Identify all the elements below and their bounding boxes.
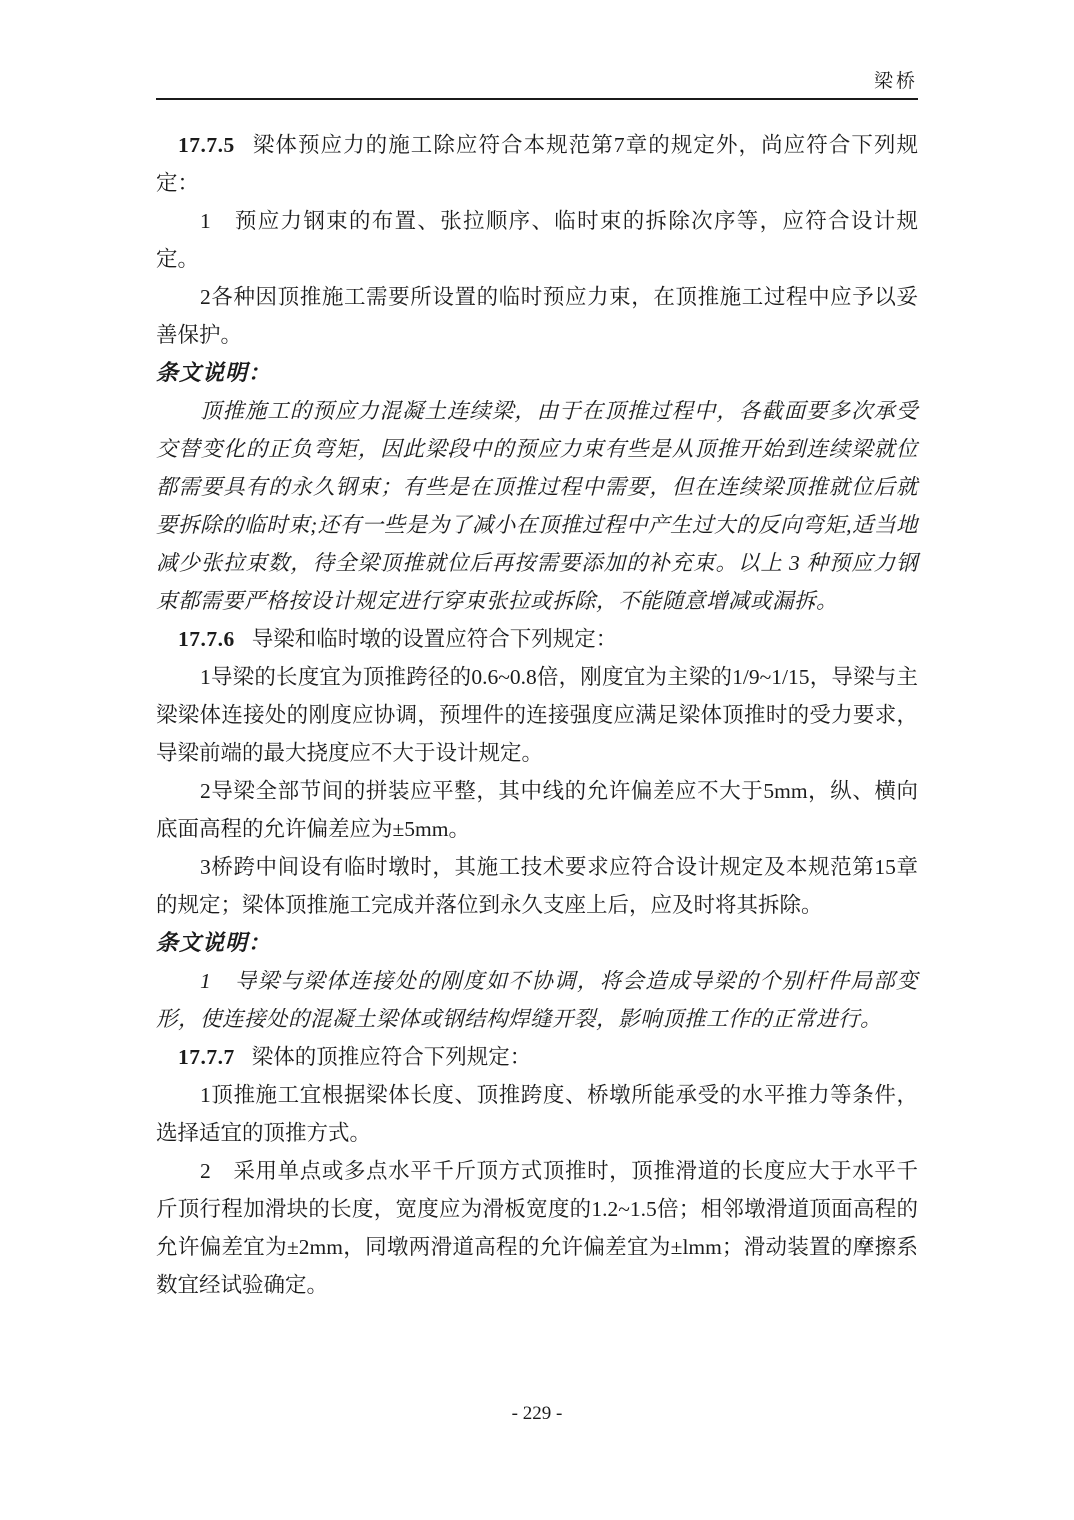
clause-17-7-7: 17.7.7梁体的顶推应符合下列规定：: [156, 1038, 918, 1076]
clause-number: 17.7.5: [178, 133, 235, 157]
note-heading-2: 条文说明：: [156, 924, 918, 962]
clause-17-7-5-item-1: 1 预应力钢束的布置、张拉顺序、临时束的拆除次序等，应符合设计规定。: [156, 202, 918, 278]
running-header: 梁桥: [156, 0, 918, 100]
document-page: 梁桥 17.7.5梁体预应力的施工除应符合本规范第7章的规定外，尚应符合下列规定…: [0, 0, 1074, 1520]
note-text-2: 1 导梁与梁体连接处的刚度如不协调，将会造成导梁的个别杆件局部变形，使连接处的混…: [156, 962, 918, 1038]
clause-17-7-6-item-3: 3桥跨中间设有临时墩时，其施工技术要求应符合设计规定及本规范第15章的规定；梁体…: [156, 848, 918, 924]
clause-number: 17.7.6: [178, 627, 235, 651]
running-header-title: 梁桥: [874, 71, 918, 92]
page-content: 梁桥 17.7.5梁体预应力的施工除应符合本规范第7章的规定外，尚应符合下列规定…: [156, 0, 918, 1304]
clause-17-7-5-item-2: 2各种因顶推施工需要所设置的临时预应力束，在顶推施工过程中应予以妥善保护。: [156, 278, 918, 354]
page-number: - 229 -: [512, 1403, 563, 1424]
clause-title: 导梁和临时墩的设置应符合下列规定：: [252, 627, 618, 651]
note-heading-1: 条文说明：: [156, 354, 918, 392]
clause-17-7-6-item-2: 2导梁全部节间的拼装应平整，其中线的允许偏差应不大于5mm，纵、横向底面高程的允…: [156, 772, 918, 848]
clause-17-7-5: 17.7.5梁体预应力的施工除应符合本规范第7章的规定外，尚应符合下列规定：: [156, 126, 918, 202]
page-body: 17.7.5梁体预应力的施工除应符合本规范第7章的规定外，尚应符合下列规定： 1…: [156, 126, 918, 1304]
clause-title: 梁体预应力的施工除应符合本规范第7章的规定外，尚应符合下列规定：: [156, 133, 918, 195]
note-text-1: 顶推施工的预应力混凝土连续梁，由于在顶推过程中，各截面要多次承受交替变化的正负弯…: [156, 392, 918, 620]
clause-number: 17.7.7: [178, 1045, 235, 1069]
page-footer: - 229 -: [0, 1400, 1074, 1428]
clause-17-7-7-item-2: 2 采用单点或多点水平千斤顶方式顶推时，顶推滑道的长度应大于水平千斤顶行程加滑块…: [156, 1152, 918, 1304]
clause-title: 梁体的顶推应符合下列规定：: [252, 1045, 532, 1069]
clause-17-7-6-item-1: 1导梁的长度宜为顶推跨径的0.6~0.8倍，刚度宜为主梁的1/9~1/15，导梁…: [156, 658, 918, 772]
clause-17-7-6: 17.7.6导梁和临时墩的设置应符合下列规定：: [156, 620, 918, 658]
clause-17-7-7-item-1: 1顶推施工宜根据梁体长度、顶推跨度、桥墩所能承受的水平推力等条件，选择适宜的顶推…: [156, 1076, 918, 1152]
